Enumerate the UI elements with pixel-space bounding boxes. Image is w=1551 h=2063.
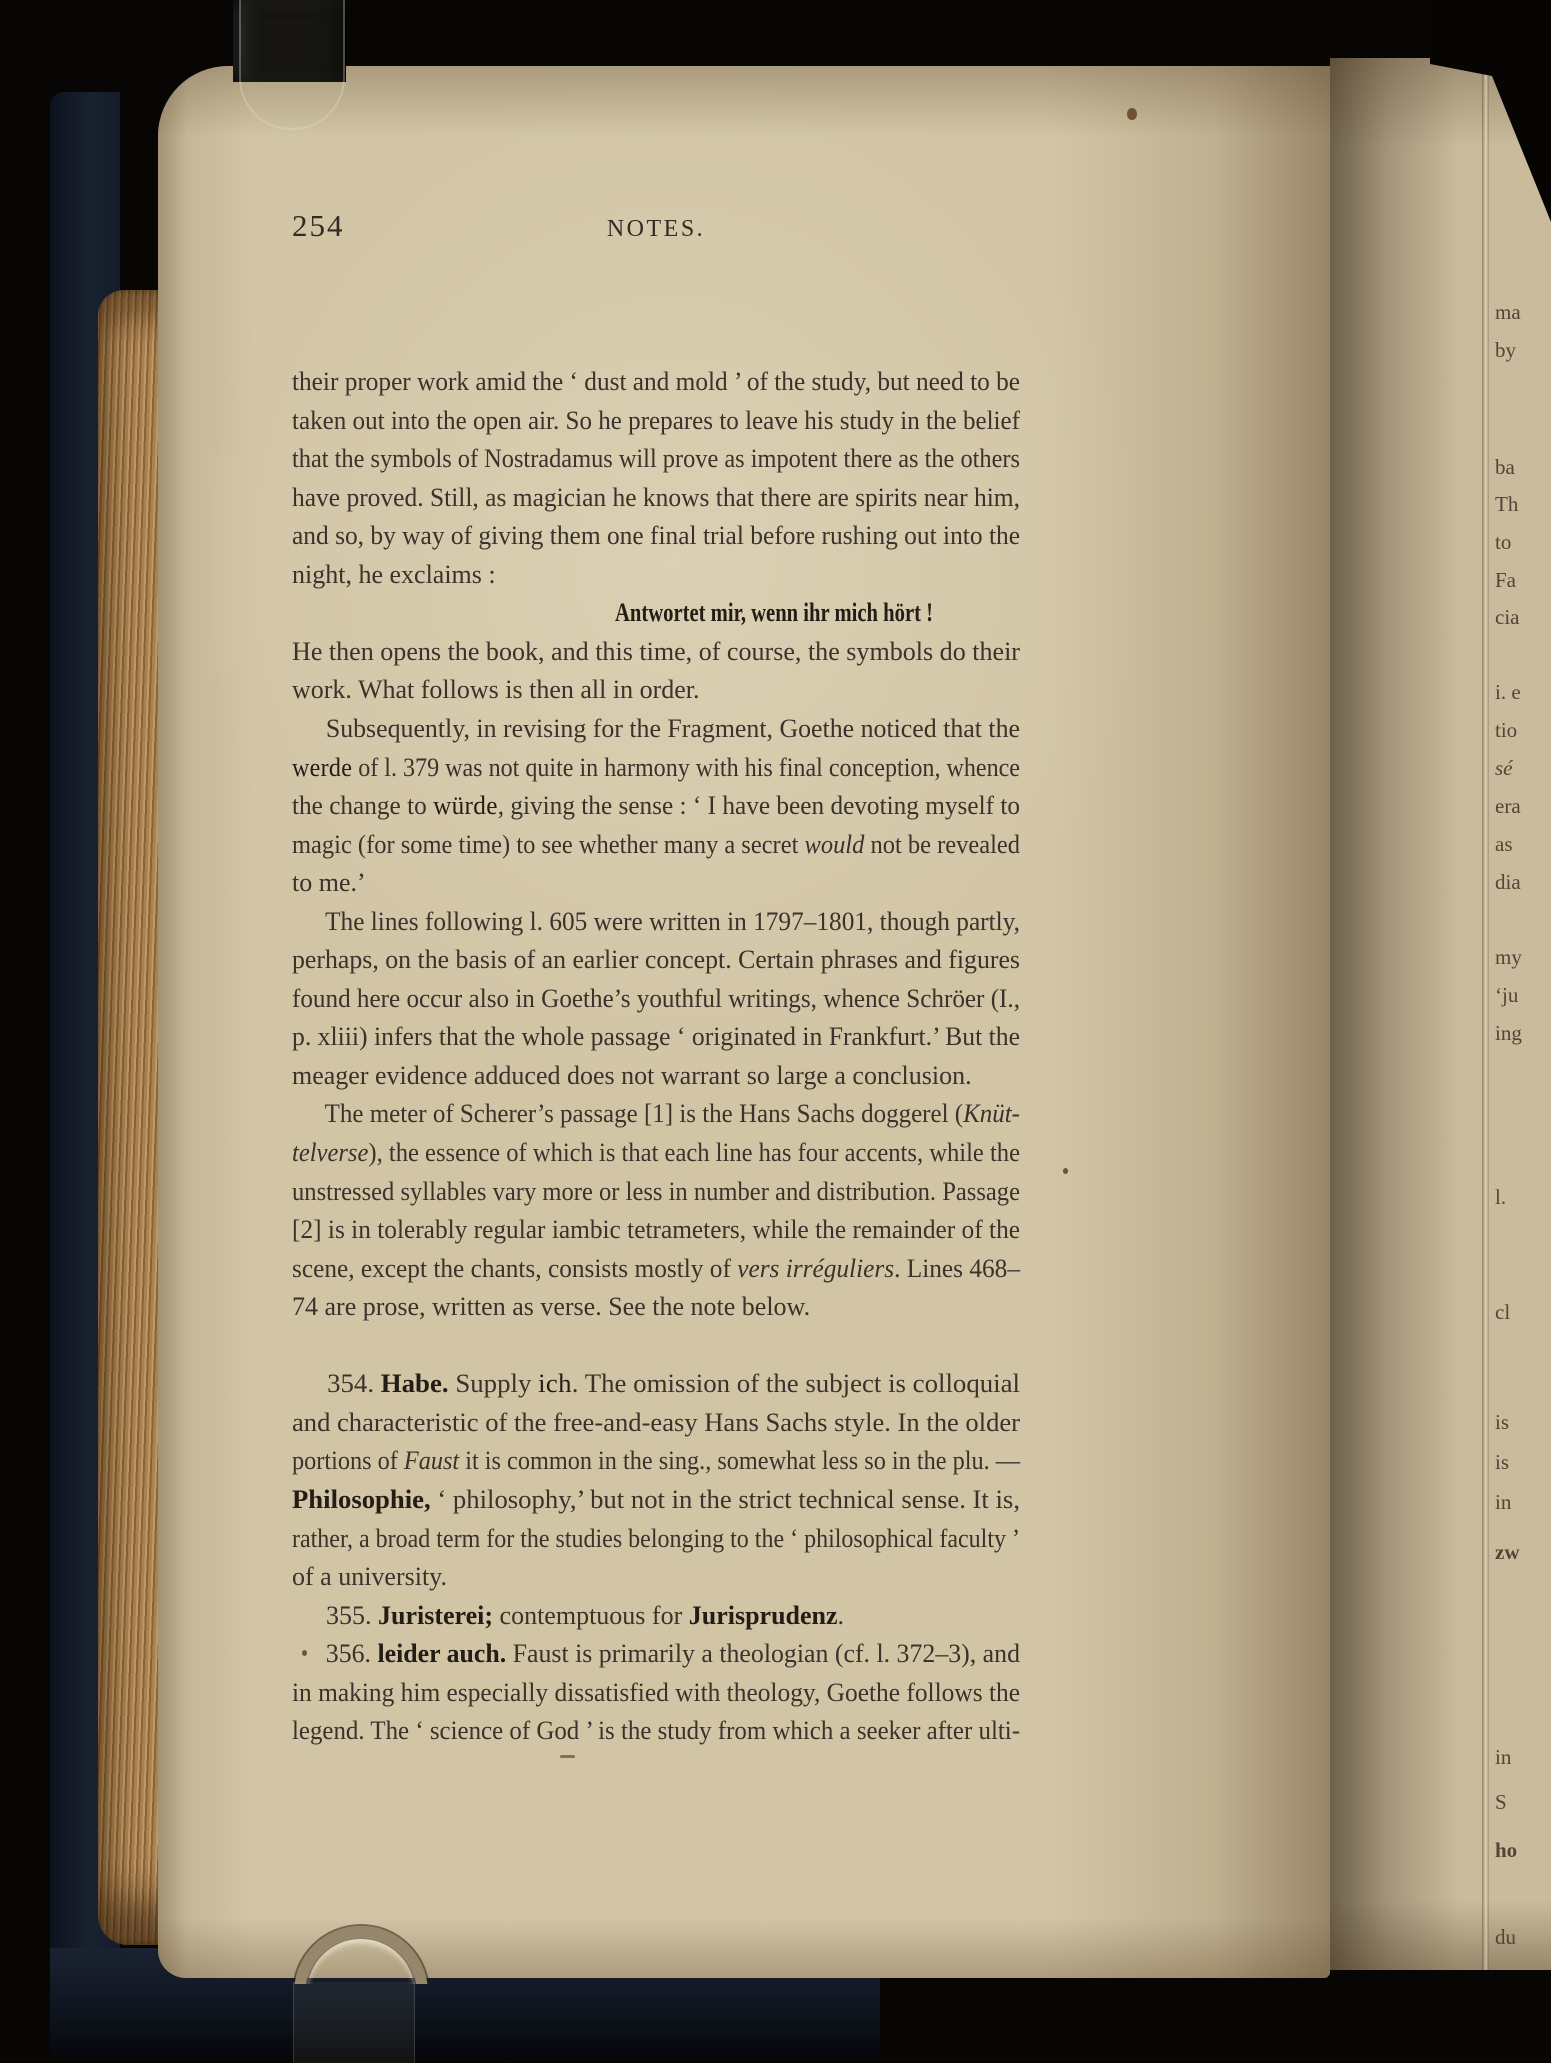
text-segment: rather, a broad term for the studies bel…: [292, 1524, 1020, 1553]
text-segment: Subsequently, in revising for the Fragme…: [326, 714, 1020, 743]
facing-page-fragment: ba: [1495, 455, 1515, 479]
text-line: the change to würde, giving the sense : …: [292, 790, 1020, 822]
fraktur-text: Antwortet mir, wenn ihr mich hört !: [615, 598, 933, 627]
text-segment: magic (for some time) to see whether man…: [292, 830, 804, 859]
facing-page-fragment: is: [1495, 1450, 1509, 1474]
gutter-shadow: [1330, 58, 1551, 1970]
text-segment: scene, except the chants, consists mostl…: [292, 1254, 737, 1283]
facing-page-fragment: ma: [1495, 300, 1521, 324]
text-segment: to me.’: [292, 868, 366, 897]
text-segment: perhaps, on the basis of an earlier conc…: [292, 945, 1020, 974]
facing-page-fragment: tio: [1495, 718, 1517, 742]
text-segment: unstressed syllables vary more or less i…: [292, 1177, 1020, 1206]
text-line: He then opens the book, and this time, o…: [292, 636, 1020, 668]
page-edge-shadow: [1330, 58, 1551, 1970]
text-line: 354. Habe. Supply ich. The omission of t…: [292, 1368, 1020, 1400]
text-segment: in making him especially dissatisfied wi…: [292, 1678, 1020, 1707]
text-segment: of a university.: [292, 1562, 447, 1591]
metal-ring: [294, 1926, 428, 1984]
facing-page-fragment: du: [1495, 1925, 1516, 1949]
text-line: and so, by way of giving them one final …: [292, 520, 1020, 552]
text-segment: contemptuous for: [493, 1601, 689, 1630]
text-segment: , giving the sense : ‘ I have been devot…: [498, 791, 1020, 820]
facing-page-fragment: as: [1495, 832, 1513, 856]
text-block: 254 NOTES. their proper work amid the ‘ …: [292, 66, 1020, 1978]
text-line: The lines following l. 605 were written …: [292, 906, 1020, 938]
text-segment: and so, by way of giving them one final …: [292, 521, 1020, 550]
text-line: of a university.: [292, 1561, 447, 1593]
text-segment: p. xliii) infers that the whole passage …: [292, 1022, 1020, 1051]
text-line: in making him especially dissatisfied wi…: [292, 1677, 1020, 1709]
text-segment: legend. The ‘ science of God ’ is the st…: [292, 1716, 1020, 1745]
italic-text: Knüt-: [963, 1099, 1020, 1128]
text-segment: The lines following l. 605 were written …: [325, 907, 1020, 936]
stray-ink-dash: [560, 1755, 575, 1758]
text-line: meager evidence adduced does not warrant…: [292, 1060, 972, 1092]
text-line: scene, except the chants, consists mostl…: [292, 1253, 1020, 1285]
text-line: Subsequently, in revising for the Fragme…: [292, 713, 1020, 745]
text-segment: the change to: [292, 791, 433, 820]
text-segment: meager evidence adduced does not warrant…: [292, 1061, 972, 1090]
facing-page-fragment: ‘ju: [1495, 983, 1518, 1007]
text-line: portions of Faust it is common in the si…: [292, 1445, 1020, 1477]
text-segment: night, he exclaims :: [292, 560, 496, 589]
text-segment: found here occur also in Goethe’s youthf…: [292, 984, 1020, 1013]
text-segment: their proper work amid the ‘ dust and mo…: [292, 367, 1020, 396]
text-segment: it is common in the sing., somewhat less…: [459, 1446, 1020, 1475]
running-head: NOTES.: [292, 216, 1020, 243]
text-segment: portions of: [292, 1446, 404, 1475]
fraktur-text: würde: [433, 791, 498, 820]
text-line: unstressed syllables vary more or less i…: [292, 1176, 1020, 1208]
text-segment: 74 are prose, written as verse. See the …: [292, 1292, 810, 1321]
text-line: 355. Juristerei; contemptuous for Jurisp…: [292, 1600, 844, 1632]
text-segment: ), the essence of which is that each lin…: [368, 1138, 1020, 1167]
book-page: 254 NOTES. their proper work amid the ‘ …: [158, 66, 1330, 1978]
german-quote-line: Antwortet mir, wenn ihr mich hört !: [615, 597, 933, 629]
text-segment: of l. 379 was not quite in harmony with …: [352, 753, 1020, 782]
foxing-spot: [1127, 108, 1137, 120]
text-segment: Faust is primarily a theologian (cf. l. …: [506, 1639, 1020, 1668]
text-line: night, he exclaims :: [292, 559, 496, 591]
text-segment: [2] is in tolerably regular iambic tetra…: [292, 1215, 1020, 1244]
text-line: found here occur also in Goethe’s youthf…: [292, 983, 1020, 1015]
text-line: The meter of Scherer’s passage [1] is th…: [292, 1098, 1020, 1130]
text-line: that the symbols of Nostradamus will pro…: [292, 443, 1020, 475]
page-holder-ring-clip: [270, 1918, 440, 1984]
text-segment: ‘ philosophy,’ but not in the strict tec…: [431, 1485, 1020, 1514]
text-line: rather, a broad term for the studies bel…: [292, 1523, 1020, 1555]
foxing-spot: [302, 1650, 307, 1656]
text-line: telverse), the essence of which is that …: [292, 1137, 1020, 1169]
gutter-crease: [1482, 58, 1489, 1970]
fraktur-text: Jurisprudenz: [689, 1601, 838, 1630]
text-line: [2] is in tolerably regular iambic tetra…: [292, 1214, 1020, 1246]
text-line: have proved. Still, as magician he knows…: [292, 482, 1020, 514]
facing-page-fragment: sé: [1495, 756, 1513, 780]
facing-page-fragment: to: [1495, 530, 1511, 554]
facing-page-fragment: by: [1495, 338, 1516, 362]
fraktur-text: Philosophie,: [292, 1485, 431, 1514]
text-segment: . Lines 468–: [894, 1254, 1020, 1283]
text-line: work. What follows is then all in order.: [292, 674, 700, 706]
text-line: and characteristic of the free-and-easy …: [292, 1407, 1020, 1439]
book-scan: mabybaThtoFaciai. etioséeraasdiamy‘juing…: [0, 0, 1551, 2063]
facing-page-fragment: zw: [1495, 1540, 1520, 1564]
clear-plastic-tab: [239, 0, 345, 130]
text-segment: 354.: [327, 1369, 381, 1398]
text-segment: 356.: [326, 1639, 378, 1668]
text-line: p. xliii) infers that the whole passage …: [292, 1021, 1020, 1053]
facing-page-fragment: dia: [1495, 870, 1521, 894]
text-segment: and characteristic of the free-and-easy …: [292, 1408, 1020, 1437]
text-segment: work. What follows is then all in order.: [292, 675, 700, 704]
text-line: to me.’: [292, 867, 366, 899]
clear-plastic-strip: [293, 1982, 415, 2063]
facing-page-fragment: Fa: [1495, 568, 1516, 592]
facing-page-fragment: cl: [1495, 1300, 1510, 1324]
facing-page-fragment: era: [1495, 794, 1521, 818]
italic-text: would: [804, 830, 864, 859]
text-line: 356. leider auch. Faust is primarily a t…: [292, 1638, 1020, 1670]
italic-text: vers irréguliers: [737, 1254, 894, 1283]
fraktur-text: Juristerei;: [378, 1601, 493, 1630]
italic-text: Faust: [404, 1446, 459, 1475]
fraktur-text: leider auch.: [377, 1639, 506, 1668]
text-segment: The meter of Scherer’s passage [1] is th…: [325, 1099, 963, 1128]
text-line: legend. The ‘ science of God ’ is the st…: [292, 1715, 1020, 1747]
text-segment: .: [838, 1601, 845, 1630]
text-line: perhaps, on the basis of an earlier conc…: [292, 944, 1020, 976]
text-line: their proper work amid the ‘ dust and mo…: [292, 366, 1020, 398]
text-segment: Supply: [449, 1369, 538, 1398]
facing-page-fragment: l.: [1495, 1185, 1506, 1209]
foxing-spot: [1063, 1168, 1068, 1174]
text-line: 74 are prose, written as verse. See the …: [292, 1291, 810, 1323]
facing-page-fragment: ho: [1495, 1838, 1517, 1862]
text-segment: have proved. Still, as magician he knows…: [292, 483, 1020, 512]
text-line: magic (for some time) to see whether man…: [292, 829, 1020, 861]
text-segment: not be revealed: [864, 830, 1020, 859]
italic-text: telverse: [292, 1138, 368, 1167]
text-segment: He then opens the book, and this time, o…: [292, 637, 1020, 666]
facing-page: mabybaThtoFaciai. etioséeraasdiamy‘juing…: [1330, 58, 1551, 1970]
facing-page-fragment: my: [1495, 945, 1522, 969]
text-line: Philosophie, ‘ philosophy,’ but not in t…: [292, 1484, 1020, 1516]
facing-page-fragment: in: [1495, 1745, 1511, 1769]
facing-page-fragment: is: [1495, 1410, 1509, 1434]
facing-page-fragment: S: [1495, 1790, 1507, 1814]
text-line: werde of l. 379 was not quite in harmony…: [292, 752, 1020, 784]
text-segment: that the symbols of Nostradamus will pro…: [292, 444, 1020, 473]
fraktur-text: Habe.: [381, 1369, 449, 1398]
text-segment: taken out into the open air. So he prepa…: [292, 406, 1020, 435]
fraktur-text: ich: [538, 1369, 572, 1398]
text-segment: . The omission of the subject is colloqu…: [572, 1369, 1020, 1398]
facing-page-fragment: i. e: [1495, 680, 1521, 704]
text-segment: 355.: [326, 1601, 378, 1630]
fraktur-text: werde: [292, 753, 352, 782]
text-line: taken out into the open air. So he prepa…: [292, 405, 1020, 437]
facing-page-fragment: cia: [1495, 605, 1519, 629]
facing-page-fragment: in: [1495, 1490, 1511, 1514]
facing-page-fragment: Th: [1495, 492, 1518, 516]
facing-page-fragment: ing: [1495, 1021, 1522, 1045]
